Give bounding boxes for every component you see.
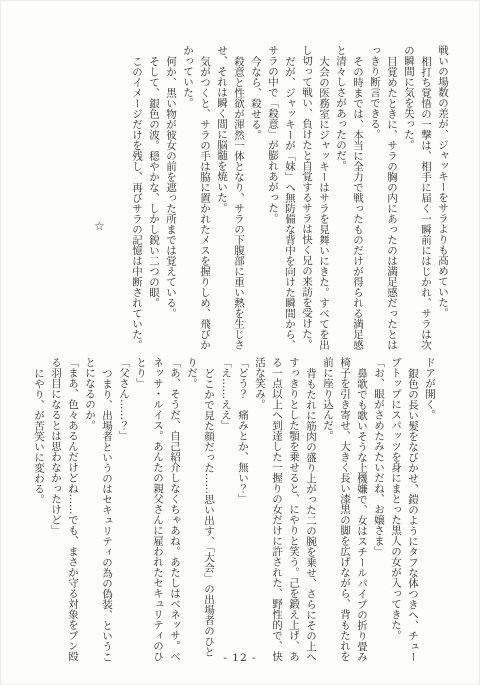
text-line: 銀色の長い髪をなびかせ、鎧のようにタフな体つきへ、チュー [404, 357, 421, 653]
text-line: ネッサ・ルイス。あんたの親父さんに雇われたセキュリティのひ [149, 357, 166, 653]
text-line: その時までは、本当に全力で戦ったものだけが得られる満足感 [349, 45, 366, 350]
text-line: ブトップにスパッツを身にまとった黒人の女が入ってきた。 [387, 357, 404, 653]
text-line: ドアが開く。 [421, 357, 438, 653]
text-line: どこかで見た顔だった……思い出す、「大会」の出場者のひと [200, 357, 217, 653]
text-line: かっていた。 [179, 45, 196, 350]
text-line: とになるのか。 [81, 357, 98, 653]
text-line: 大会の医務室にジャッキーはサラを見舞いにきた。すべてを出 [315, 45, 332, 350]
text-line: サラの中で「殺意」が膨れあがった。 [264, 45, 281, 350]
page-number: - 12 - [0, 652, 480, 664]
text-line: 「まあ、色々あるんだけどね……でも、まさか守る対象をブン殴 [64, 357, 81, 653]
text-line: りだ。 [183, 357, 200, 653]
text-block-bottom: ドアが開く。銀色の長い髪をなびかせ、鎧のようにタフな体つきへ、チューブトップにス… [30, 357, 438, 653]
text-line: だが、ジャッキーが「妹」へ無防備な背中を向けた瞬間から、 [281, 45, 298, 350]
text-line: 気がつくと、サラの手は脇に置かれたメスを握りしめ、飛びか [196, 45, 213, 350]
text-line: 「お、眼がさめたみたいだね、お嬢さま」 [370, 357, 387, 653]
text-line: 戦いの場数の差が、ジャッキーをサラよりも高めていた。 [434, 45, 451, 350]
text-line: 目覚めたときに、サラの胸の内にあったのは満足感だったとは [383, 45, 400, 350]
text-line: っきり断言できる。 [366, 45, 383, 350]
text-line: 「どう？ 痛みとか、無い？」 [234, 357, 251, 653]
text-line: 鼻歌でも歌いそうな上機嫌で、女はスチールパイプの折り畳み [353, 357, 370, 653]
document-page: 戦いの場数の差が、ジャッキーをサラよりも高めていた。相打ち覚悟の一撃は、相手に届… [0, 0, 480, 685]
text-line: 今なら、殺せる。 [247, 45, 264, 350]
text-line: と清々しさがあったのだ。 [332, 45, 349, 350]
text-line: 活な笑み。 [251, 357, 268, 653]
text-line: の瞬間に気を失った。 [400, 45, 417, 350]
text-line: せ、それは瞬く間に脳髄を焼いた。 [213, 45, 230, 350]
text-line: 殺意と性欲が渾然一体となり、サラの下腹部に重い熱を生じさ [230, 45, 247, 350]
text-line: 椅子を引き寄せ、大きく長い漆黒の脚を広げながら、背もたれを [336, 357, 353, 653]
text-line: 「え……ええ」 [217, 357, 234, 653]
text-line: る一点以上へ到達した一握りの女だけに許された、野性的で、快 [268, 357, 285, 653]
text-line: とり」 [132, 357, 149, 653]
text-line: つまり、出場者というのはセキュリティの為の偽装、というこ [98, 357, 115, 653]
text-line: 背もたれに筋肉の盛り上がった二の腕を乗せ、さらにその上へ [302, 357, 319, 653]
section-separator-star: ☆ [94, 219, 105, 233]
text-line: にやり、が苦笑いに変わる。 [30, 357, 47, 653]
text-line: このイメージだけを残し、再びサラの記憶は中断されていた。 [128, 45, 145, 350]
text-line: そして、銀色の波。穏やかな、しかし鋭い二つの眼。 [145, 45, 162, 350]
text-line: 「父さん……？」 [115, 357, 132, 653]
text-block-top: 戦いの場数の差が、ジャッキーをサラよりも高めていた。相打ち覚悟の一撃は、相手に届… [128, 45, 451, 350]
text-line: 前に座り込んだ。 [319, 357, 336, 653]
text-line: し切って戦い、負けたと自覚するサラは快く兄の来訪を受けた。 [298, 45, 315, 350]
text-line: 何か、黒い物が彼女の前を遮った所までは覚えている。 [162, 45, 179, 350]
text-line: 「あ、そうだ、自己紹介しなくちゃあね。あたしはベネッサ。ベ [166, 357, 183, 653]
text-line: る羽目になるとは思わなかったけど」 [47, 357, 64, 653]
text-line: すっきりとした顎を乗せると、にやりと笑う。己を鍛え上げ、あ [285, 357, 302, 653]
text-line: 相打ち覚悟の一撃は、相手に届く一瞬前にはじかれ、サラは次 [417, 45, 434, 350]
